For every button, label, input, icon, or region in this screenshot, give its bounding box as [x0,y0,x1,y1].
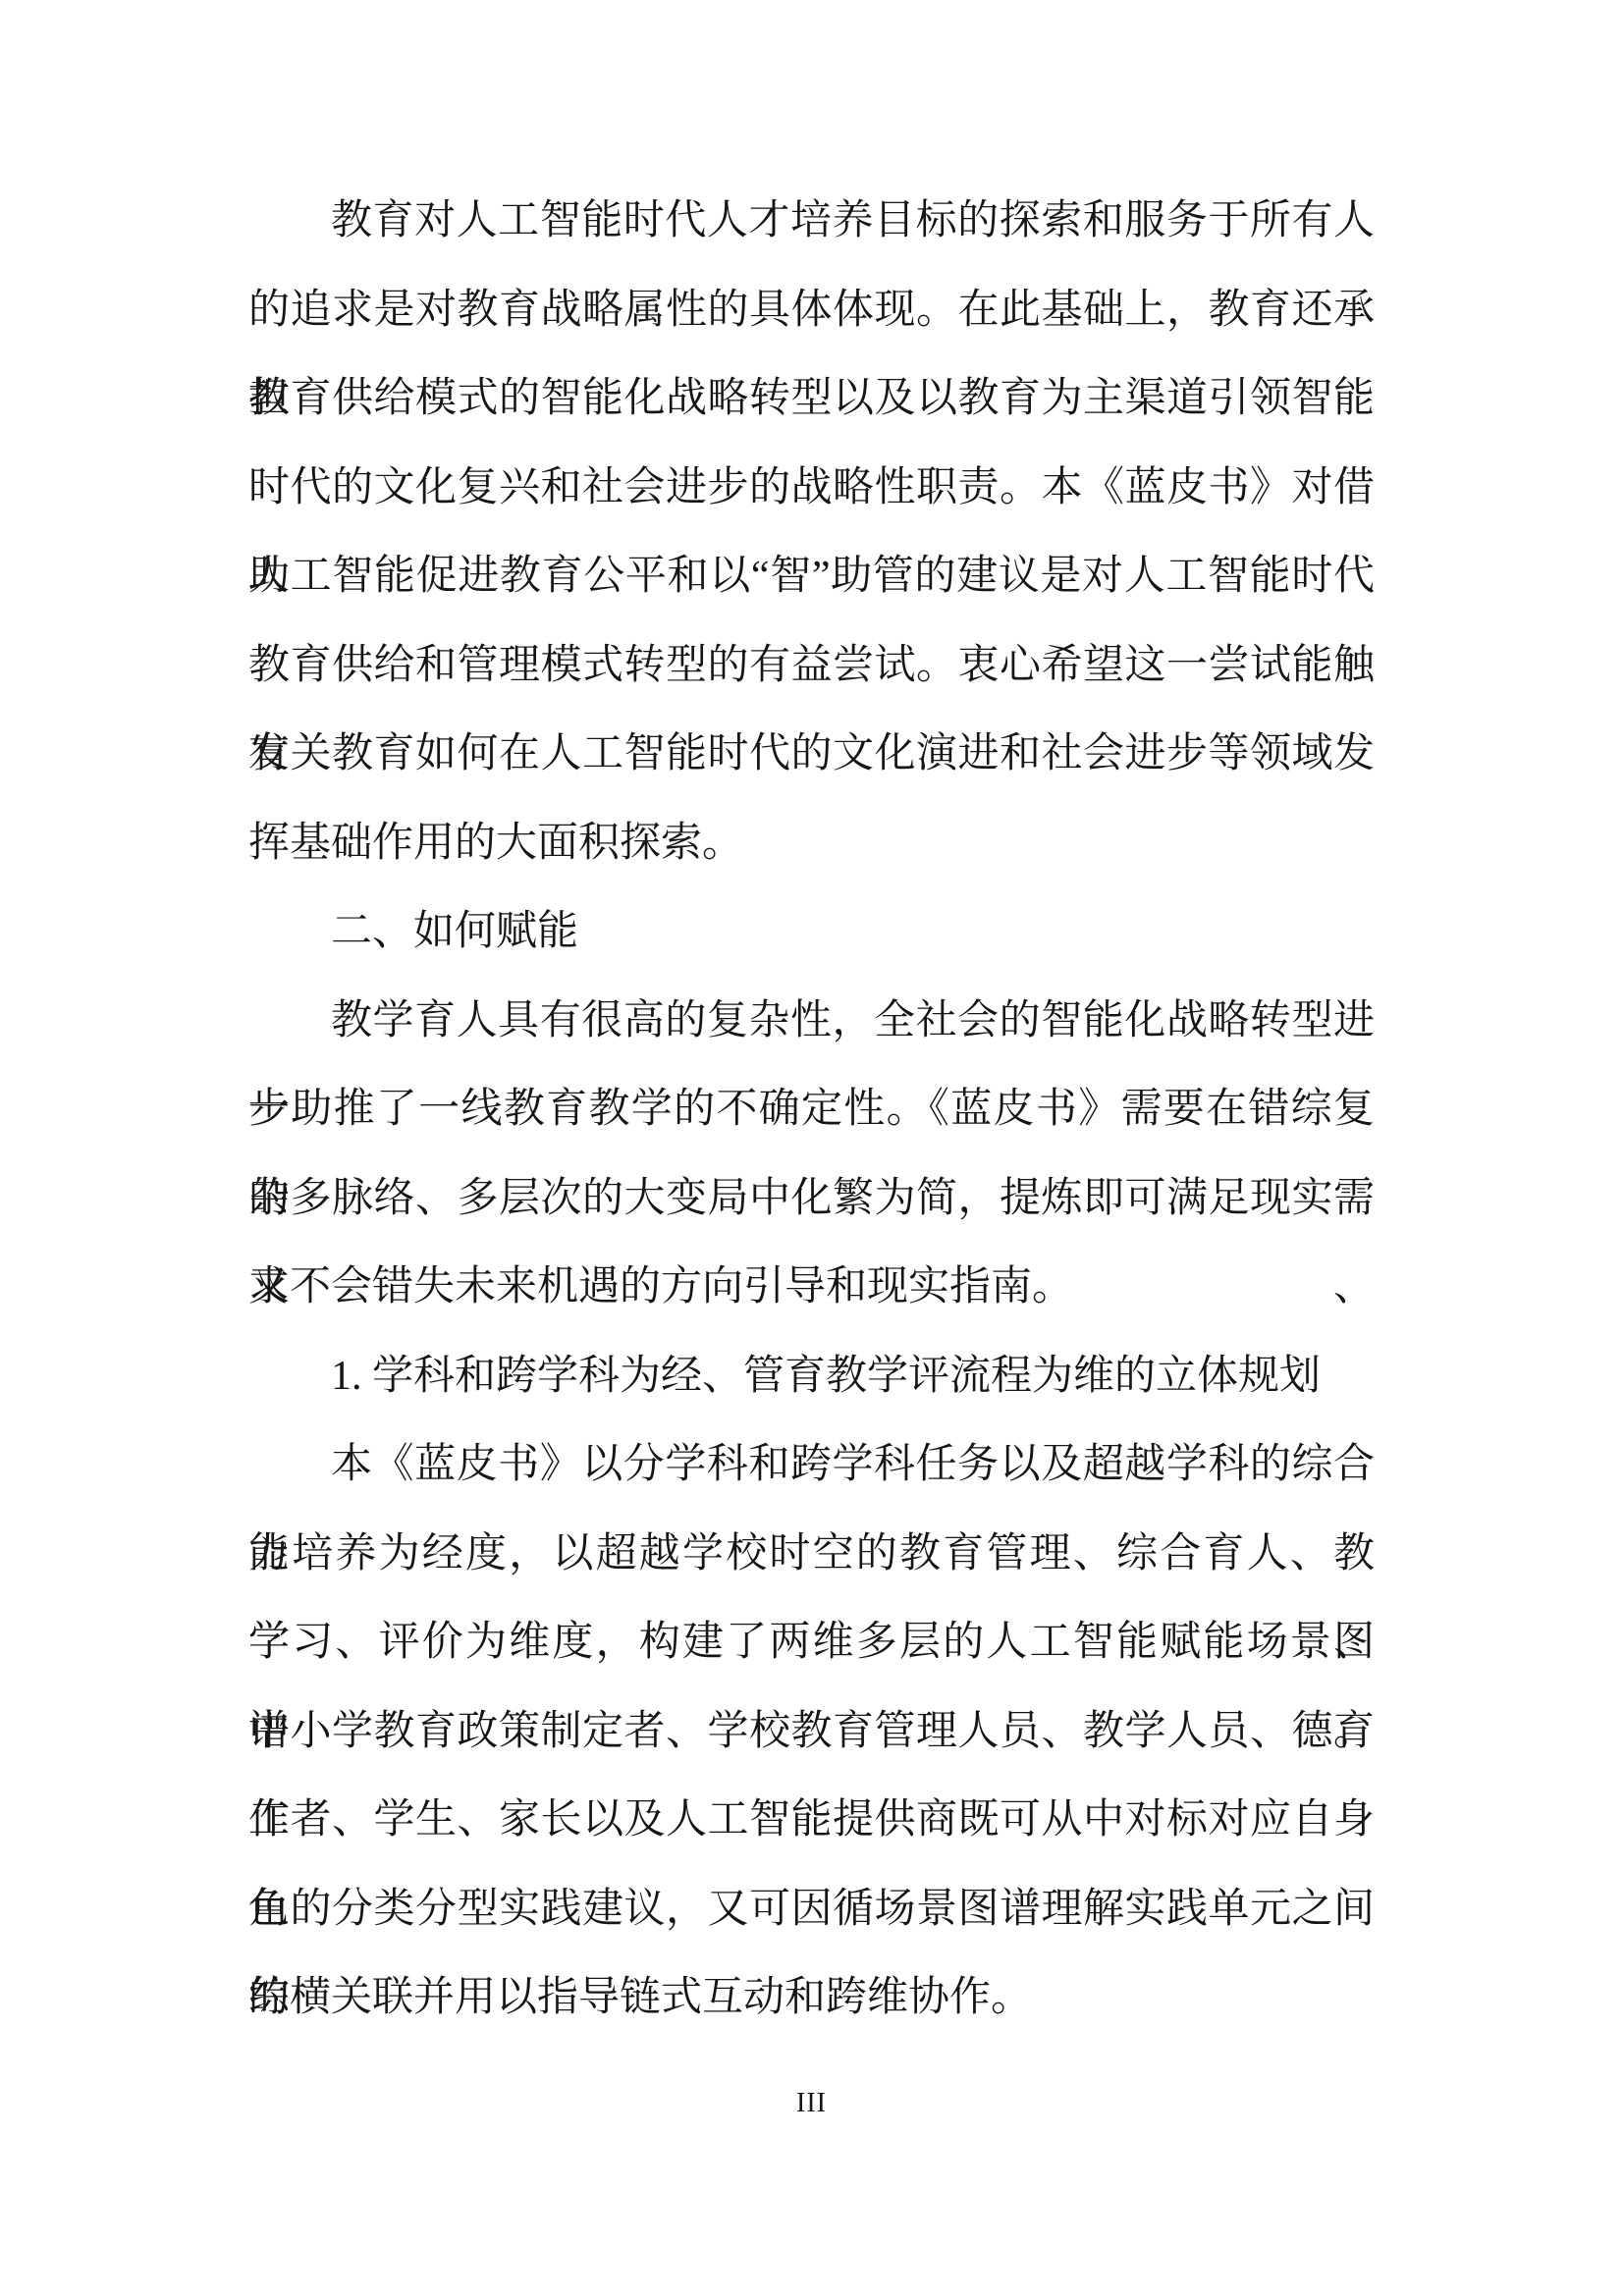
text-line: 有关教育如何在人工智能时代的文化演进和社会进步等领域发 [248,710,1375,799]
text-line: 的追求是对教育战略属性的具体体现。在此基础上，教育还承担 [248,266,1375,355]
section-heading: 二、如何赋能 [248,887,1375,977]
text-line: 本《蓝皮书》以分学科和跨学科任务以及超越学科的综合能 [248,1420,1375,1510]
document-page: 教育对人工智能时代人才培养目标的探索和服务于所有人 的追求是对教育战略属性的具体… [0,0,1623,2296]
text-line: 作者、学生、家长以及人工智能提供商既可从中对标对应自身角 [248,1776,1375,1865]
text-line: 教育供给模式的智能化战略转型以及以教育为主渠道引领智能 [248,354,1375,444]
text-line: 步助推了一线教育教学的不确定性。《蓝皮书》需要在错综复杂 [248,1065,1375,1154]
page-number: III [0,2087,1623,2120]
text-line: 力培养为经度，以超越学校时空的教育管理、综合育人、教学、 [248,1510,1375,1599]
text-line: 的多脉络、多层次的大变局中化繁为简，提炼即可满足现实需求、 [248,1154,1375,1244]
text-line: 中小学教育政策制定者、学校教育管理人员、教学人员、德育工 [248,1687,1375,1777]
text-line: 人工智能促进教育公平和以“智”助管的建议是对人工智能时代 [248,532,1375,621]
body-text: 教育对人工智能时代人才培养目标的探索和服务于所有人 的追求是对教育战略属性的具体… [248,177,1375,2043]
text-line: 教育对人工智能时代人才培养目标的探索和服务于所有人 [248,177,1375,266]
text-line: 色的分类分型实践建议，又可因循场景图谱理解实践单元之间的 [248,1865,1375,1954]
subsection-heading: 1. 学科和跨学科为经、管育教学评流程为维的立体规划 [248,1332,1375,1421]
text-line: 学习、评价为维度，构建了两维多层的人工智能赋能场景图谱。 [248,1598,1375,1687]
text-line: 综横关联并用以指导链式互动和跨维协作。 [248,1953,1375,2043]
text-line: 教育供给和管理模式转型的有益尝试。衷心希望这一尝试能触发 [248,621,1375,711]
text-line: 挥基础作用的大面积探索。 [248,799,1375,888]
text-line: 教学育人具有很高的复杂性，全社会的智能化战略转型进一 [248,977,1375,1066]
text-line: 时代的文化复兴和社会进步的战略性职责。本《蓝皮书》对借助 [248,444,1375,533]
